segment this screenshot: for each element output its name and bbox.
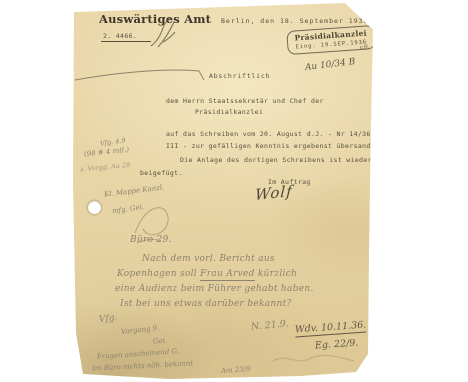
pencil-note-line2-pre: Kopenhagen soll	[117, 269, 200, 279]
signature: Wolf	[255, 183, 294, 204]
annotation-pointer-line-icon	[75, 65, 209, 85]
scanned-letter: Auswärtiges Amt 2. 4466. Berlin, den 18.…	[0, 0, 468, 382]
disposition-note: Im Büro nichts näh. bekannt	[92, 360, 194, 373]
pencil-note-line: Nach dem vorl. Bericht aus	[142, 255, 275, 265]
pencil-note-line: Kopenhagen soll Frau Arved kürzlich	[117, 270, 297, 280]
stamp-clerk-initials: v.B.	[359, 44, 369, 51]
disposition-note: Am 23/9	[221, 366, 251, 376]
addressee-line-2: Präsidialkanzlei	[195, 109, 263, 116]
receipt-stamp: Präsidialkanzlei Eing. 19.SEP.1936 v.B.	[286, 25, 375, 55]
pencil-note-line2-underlined: Frau Arved	[200, 269, 255, 281]
body-line-4: beigefügt.	[140, 170, 183, 177]
punch-hole	[88, 201, 101, 214]
pencil-checkmark-icon	[149, 16, 181, 50]
disposition-note: Gei.	[153, 337, 168, 346]
dateline: Berlin, den 18. September 1936	[221, 18, 368, 25]
margin-note: z. Vorgg. Au 29	[80, 162, 131, 174]
date-initial-note: N. 21.9.	[251, 319, 290, 333]
body-line-1: auf das Schreiben vom 20. August d.J. - …	[166, 131, 371, 138]
distribution-note: Abschriftlich	[209, 73, 270, 80]
body-line-2: III - zur gefälligen Kenntnis ergebenst …	[166, 143, 379, 150]
disposition-note: Vfg.	[99, 314, 118, 326]
pencil-note-line2-post: kürzlich	[255, 269, 297, 279]
resubmission-note: Wdv. 10.11.36.	[295, 321, 367, 338]
margin-note: Kl. Mappe Kanzl.	[104, 184, 165, 199]
letter-paper: Auswärtiges Amt 2. 4466. Berlin, den 18.…	[73, 3, 374, 379]
addressee-line-1: dem Herrn Staatssekretär und Chef der	[166, 98, 324, 105]
disposition-note: Fragen anscheinend G.	[97, 348, 180, 361]
pencil-note-heading: Büro 29.	[130, 236, 172, 246]
stamp-file-annotation: Au 10/34 B	[305, 58, 356, 74]
disposition-note: Vorgang 9.	[121, 325, 160, 337]
date-initial-note: Eg. 22/9.	[315, 338, 359, 351]
pencil-note-line: eine Audienz beim Führer gehabt haben.	[115, 285, 314, 295]
faint-pencil-scribble-icon	[271, 351, 357, 367]
pencil-note-line: Ist bei uns etwas darüber bekannt?	[120, 300, 292, 310]
margin-note: (98 # 4 mtl.)	[84, 147, 130, 159]
ref-number: 2. 4466.	[101, 33, 151, 42]
body-line-3: Die Anlage des dortigen Schreibens ist w…	[180, 157, 372, 164]
